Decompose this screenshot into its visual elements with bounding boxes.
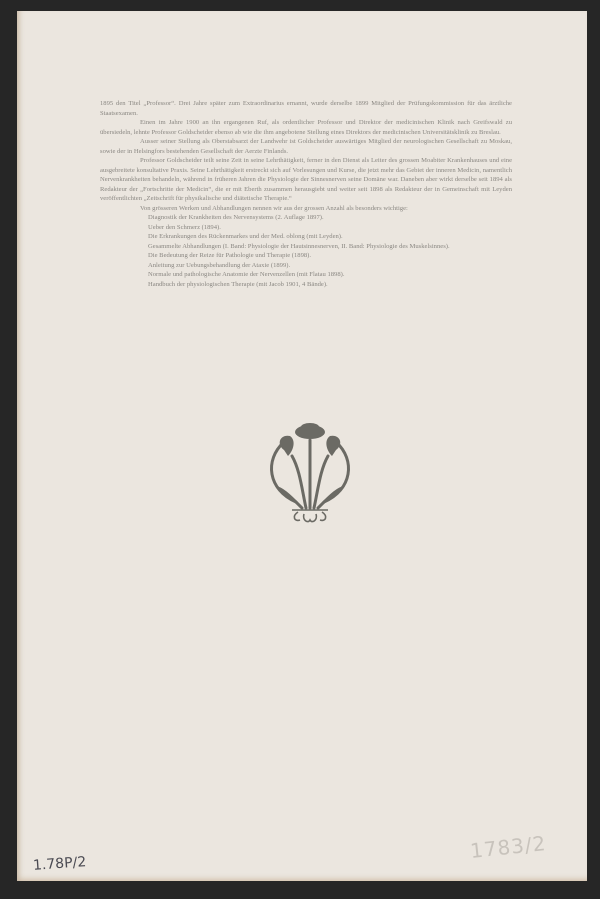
work-item: Ueber den Schmerz (1894). (148, 223, 512, 233)
work-item: Gesammelte Abhandlungen (I. Band: Physio… (148, 242, 512, 252)
paragraph-3: Ausser seiner Stellung als Oberstabsarzt… (100, 137, 512, 156)
paragraph-1: 1895 den Titel „Professor“. Drei Jahre s… (100, 99, 512, 118)
work-item: Die Erkrankungen des Rückenmarkes und de… (148, 232, 512, 242)
work-item: Diagnostik der Krankheiten des Nervensys… (148, 213, 512, 223)
work-item: Anleitung zur Uebungsbehandlung der Atax… (148, 261, 512, 271)
work-item: Handbuch der physiologischen Therapie (m… (148, 280, 512, 290)
body-text: 1895 den Titel „Professor“. Drei Jahre s… (100, 99, 512, 289)
paragraph-4: Professor Goldscheider teilt seine Zeit … (100, 156, 512, 204)
works-list: Diagnostik der Krankheiten des Nervensys… (148, 213, 512, 289)
paragraph-2: Einen im Jahre 1900 an ihn ergangenen Ru… (100, 118, 512, 137)
work-item: Die Bedeutung der Reize für Pathologie u… (148, 251, 512, 261)
floral-vignette-icon (262, 420, 358, 526)
work-item: Normale und pathologische Anatomie der N… (148, 270, 512, 280)
paragraph-5: Von grösseren Werken und Abhandlungen ne… (100, 204, 512, 214)
